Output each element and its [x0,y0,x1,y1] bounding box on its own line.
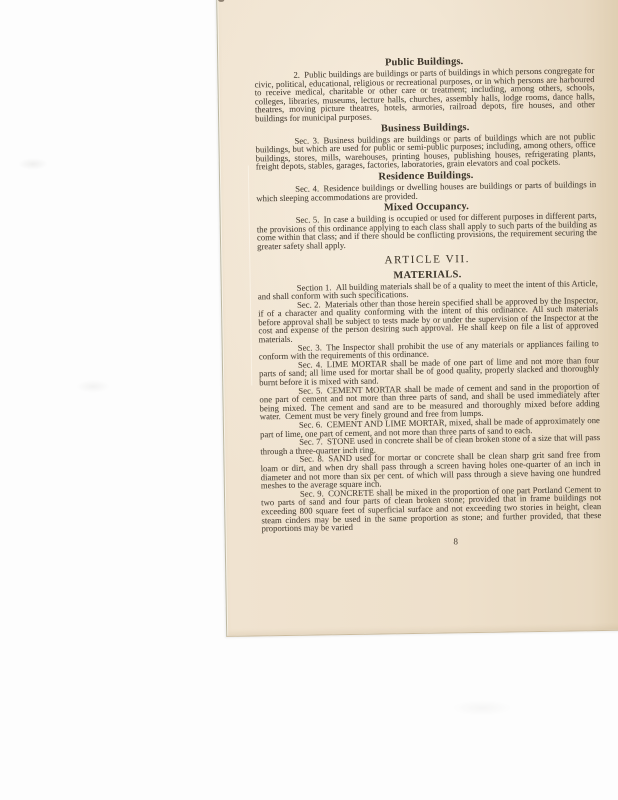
scan-smudge [76,380,110,393]
article-paragraph: Sec. 2. Materials other than those herei… [258,296,599,344]
scan-smudge [452,700,512,716]
scanned-page: Public Buildings. 2. Public buildings ar… [216,0,618,637]
page-number: 8 [286,534,618,548]
section-paragraph: Sec. 3. Business buildings are buildings… [255,132,595,172]
page-edge-mark [218,0,224,2]
section-paragraph: 2. Public buildings are buildings or par… [254,66,595,123]
section-paragraph: Sec. 5. In case a building is occupied o… [257,211,597,251]
article-paragraph: Sec. 9. CONCRETE shall be mixed in the p… [261,485,602,533]
page-text-column: Public Buildings. 2. Public buildings ar… [254,54,602,549]
article-number-heading: ARTICLE VII. [257,251,597,268]
scan-smudge [18,158,48,170]
